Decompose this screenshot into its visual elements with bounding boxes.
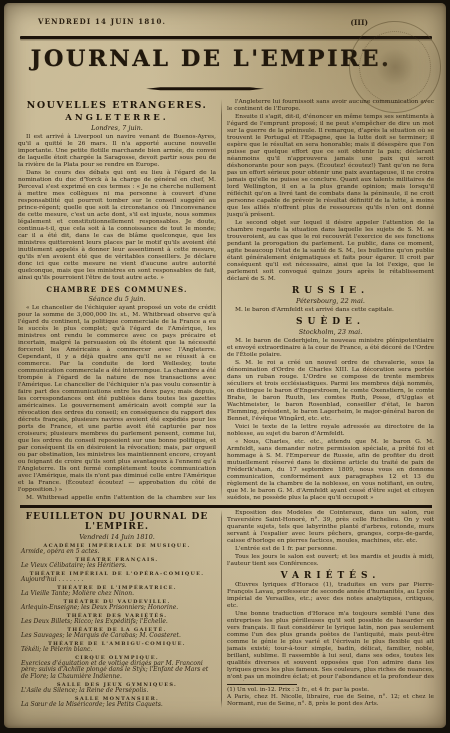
article-paragraph: Le second objet sur lequel il désire app… <box>227 220 434 283</box>
venue-program: Les Sauvages; le Marquis de Carabas; M. … <box>18 633 216 640</box>
article-paragraph: « Le chancelier de l'échiquier ayant pro… <box>18 305 216 494</box>
varietes-paragraph: Œuvres lyriques d'Horace (1), traduites … <box>227 582 434 610</box>
title-ornament <box>146 87 264 91</box>
section-heading-angleterre: ANGLETERRE. <box>18 113 216 123</box>
section-heading-suede: SUÈDE. <box>227 317 434 327</box>
varietes-paragraph: Une bonne traduction d'Horace m'a toujou… <box>227 611 434 682</box>
main-columns: NOUVELLES ETRANGERES. ANGLETERRE. Londre… <box>18 99 434 501</box>
exposition-hours: Tous les jours le salon est ouvert; et l… <box>227 554 434 568</box>
article-paragraph: Dans le cours des débats qui ont eu lieu… <box>18 170 216 282</box>
article-paragraph: « Nous, Charles, etc. etc., attendu que … <box>227 439 434 501</box>
venue-program: L'Asile du Silence; la Reine de Persépol… <box>18 688 216 695</box>
feuilleton-right-column: Exposition des Modèles de Cointeraux, da… <box>227 510 434 708</box>
dateline-londres: Londres, 7 juin. <box>18 124 216 132</box>
section-heading-nouvelles-etrangeres: NOUVELLES ETRANGERES. <box>18 100 216 111</box>
column-divider <box>221 510 222 708</box>
feuilleton-date: Vendredi 14 Juin 1810. <box>18 533 216 541</box>
article-paragraph: M. Whitbread appelle enfin l'attention d… <box>18 495 216 501</box>
dateline-seance: Séance du 5 juin. <box>18 295 216 303</box>
annonces-block: Exposition des Modèles de Cointeraux, da… <box>227 510 434 682</box>
left-column: NOUVELLES ETRANGERES. ANGLETERRE. Londre… <box>18 99 216 501</box>
footnote-rule <box>227 684 297 685</box>
feuilleton-columns: FEUILLETON DU JOURNAL DE L'EMPIRE. Vendr… <box>18 510 434 708</box>
venue-program: Exercices d'équitation et de voltige dir… <box>18 661 216 681</box>
dateline-petersbourg: Pétersbourg, 22 mai. <box>227 297 434 305</box>
venue-program: La Sœur de la Miséricorde; les Petits Ca… <box>18 702 216 708</box>
footnote-line: (1) Un vol. in-12. Prix : 3 fr., et 4 fr… <box>227 687 434 694</box>
issue-number: (III) <box>350 18 368 27</box>
section-heading-russie: RUSSIE. <box>227 286 434 296</box>
venue-program: Tékéli; le Pèlerin blanc. <box>18 647 216 654</box>
dateline-stockholm: Stockholm, 23 mai. <box>227 328 434 336</box>
venue-program: Les Deux Billets; Ricco; les Expéditifs;… <box>18 619 216 626</box>
right-column: l'Angleterre lui fournissoit sans avoir … <box>227 99 434 501</box>
venue-program: Aujourd'hui . . . . . . . <box>18 577 216 584</box>
article-paragraph: Voici le texte de la lettre royale adres… <box>227 424 434 438</box>
venue-program: Le Vieux Célibataire; les Héritiers. <box>18 563 216 570</box>
footnote-line: A Paris, chez H. Nicolle, libraire, rue … <box>227 694 434 708</box>
issue-date: VENDREDI 14 JUIN 1810. <box>38 17 166 26</box>
article-paragraph: M. le baron de Cederhjelm, le nouveau mi… <box>227 338 434 359</box>
article-paragraph: Ensuite il s'agit, dit-il, d'énoncer en … <box>227 114 434 219</box>
feuilleton-rule <box>20 505 432 508</box>
section-heading-chambre-des-communes: CHAMBRE DES COMMUNES. <box>18 285 216 294</box>
venue-program: Arlequin-Enseigne; les Deux Prisonniers;… <box>18 605 216 612</box>
page-content: NOUVELLES ETRANGERES. ANGLETERRE. Londre… <box>18 99 434 722</box>
venue-program: Armide, opéra en 5 actes. <box>18 549 216 556</box>
feuilleton-left-column: FEUILLETON DU JOURNAL DE L'EMPIRE. Vendr… <box>18 510 216 708</box>
article-paragraph: S. M. le roi a créé un nouvel ordre de c… <box>227 360 434 423</box>
section-heading-varietes: VARIÉTÉS. <box>227 571 434 581</box>
newspaper-page: VENDREDI 14 JUIN 1810. (III) JOURNAL DE … <box>4 3 446 728</box>
article-paragraph: Il est arrivé à Liverpool un navire vena… <box>18 134 216 169</box>
feuilleton-title: FEUILLETON DU JOURNAL DE L'EMPIRE. <box>18 512 216 532</box>
article-paragraph: l'Angleterre lui fournissoit sans avoir … <box>227 99 434 113</box>
venue-program: La Vieille Tante; Molière chez Ninon. <box>18 591 216 598</box>
exposition-paragraph: Exposition des Modèles de Cointeraux, da… <box>227 510 434 545</box>
column-divider <box>221 99 222 501</box>
article-paragraph: M. le baron d'Armfeldt est arrivé dans c… <box>227 307 434 314</box>
exposition-price: L'entrée est de 1 fr. par personne. <box>227 546 434 553</box>
